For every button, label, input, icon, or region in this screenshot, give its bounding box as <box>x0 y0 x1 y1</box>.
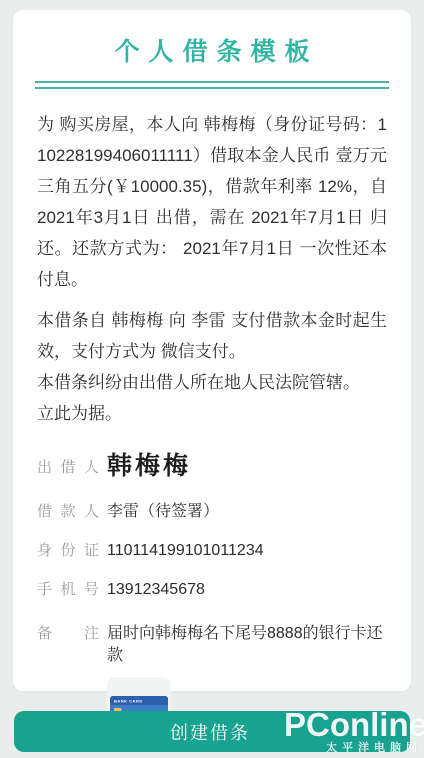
borrower-label: 借款人 <box>37 501 99 523</box>
field-row-phone: 手机号 13912345678 <box>37 579 387 601</box>
iou-jurisdiction-paragraph: 本借条纠纷由出借人所在地人民法院管辖。 <box>37 367 387 398</box>
field-row-borrower: 借款人 李雷（待签署） <box>37 501 387 523</box>
iou-main-paragraph: 为 购买房屋，本人向 韩梅梅（身份证号码：110228199406011111）… <box>37 109 387 295</box>
create-iou-button[interactable]: 创建借条 <box>14 711 410 752</box>
lender-label: 出借人 <box>37 457 99 479</box>
field-row-lender: 出借人 韩梅梅 <box>37 457 387 479</box>
lender-signature: 韩梅梅 <box>107 453 191 479</box>
id-number-value: 110114199101011234 <box>107 540 264 562</box>
field-row-id-number: 身份证 110114199101011234 <box>37 540 387 562</box>
iou-fields: 出借人 韩梅梅 借款人 李雷（待签署） 身份证 1101141991010112… <box>37 457 387 751</box>
iou-body: 为 购买房屋，本人向 韩梅梅（身份证号码：110228199406011111）… <box>13 89 411 751</box>
remark-value: 届时向韩梅梅名下尾号8888的银行卡还款 <box>107 623 387 667</box>
phone-value: 13912345678 <box>107 579 205 601</box>
title-double-divider <box>35 81 389 89</box>
bank-card-brand-text: BANK CARD <box>114 698 143 703</box>
id-number-label: 身份证 <box>37 540 99 562</box>
phone-label: 手机号 <box>37 579 99 601</box>
field-row-remark: 备注 届时向韩梅梅名下尾号8888的银行卡还款 <box>37 623 387 667</box>
iou-closing-paragraph: 立此为据。 <box>37 398 387 429</box>
iou-template-sheet: 个人借条模板 为 购买房屋，本人向 韩梅梅（身份证号码：110228199406… <box>13 10 411 691</box>
borrower-value: 李雷（待签署） <box>107 501 219 523</box>
page-title: 个人借条模板 <box>13 32 411 68</box>
iou-effective-paragraph: 本借条自 韩梅梅 向 李雷 支付借款本金时起生效，支付方式为 微信支付。 <box>37 305 387 367</box>
remark-label: 备注 <box>37 623 99 645</box>
